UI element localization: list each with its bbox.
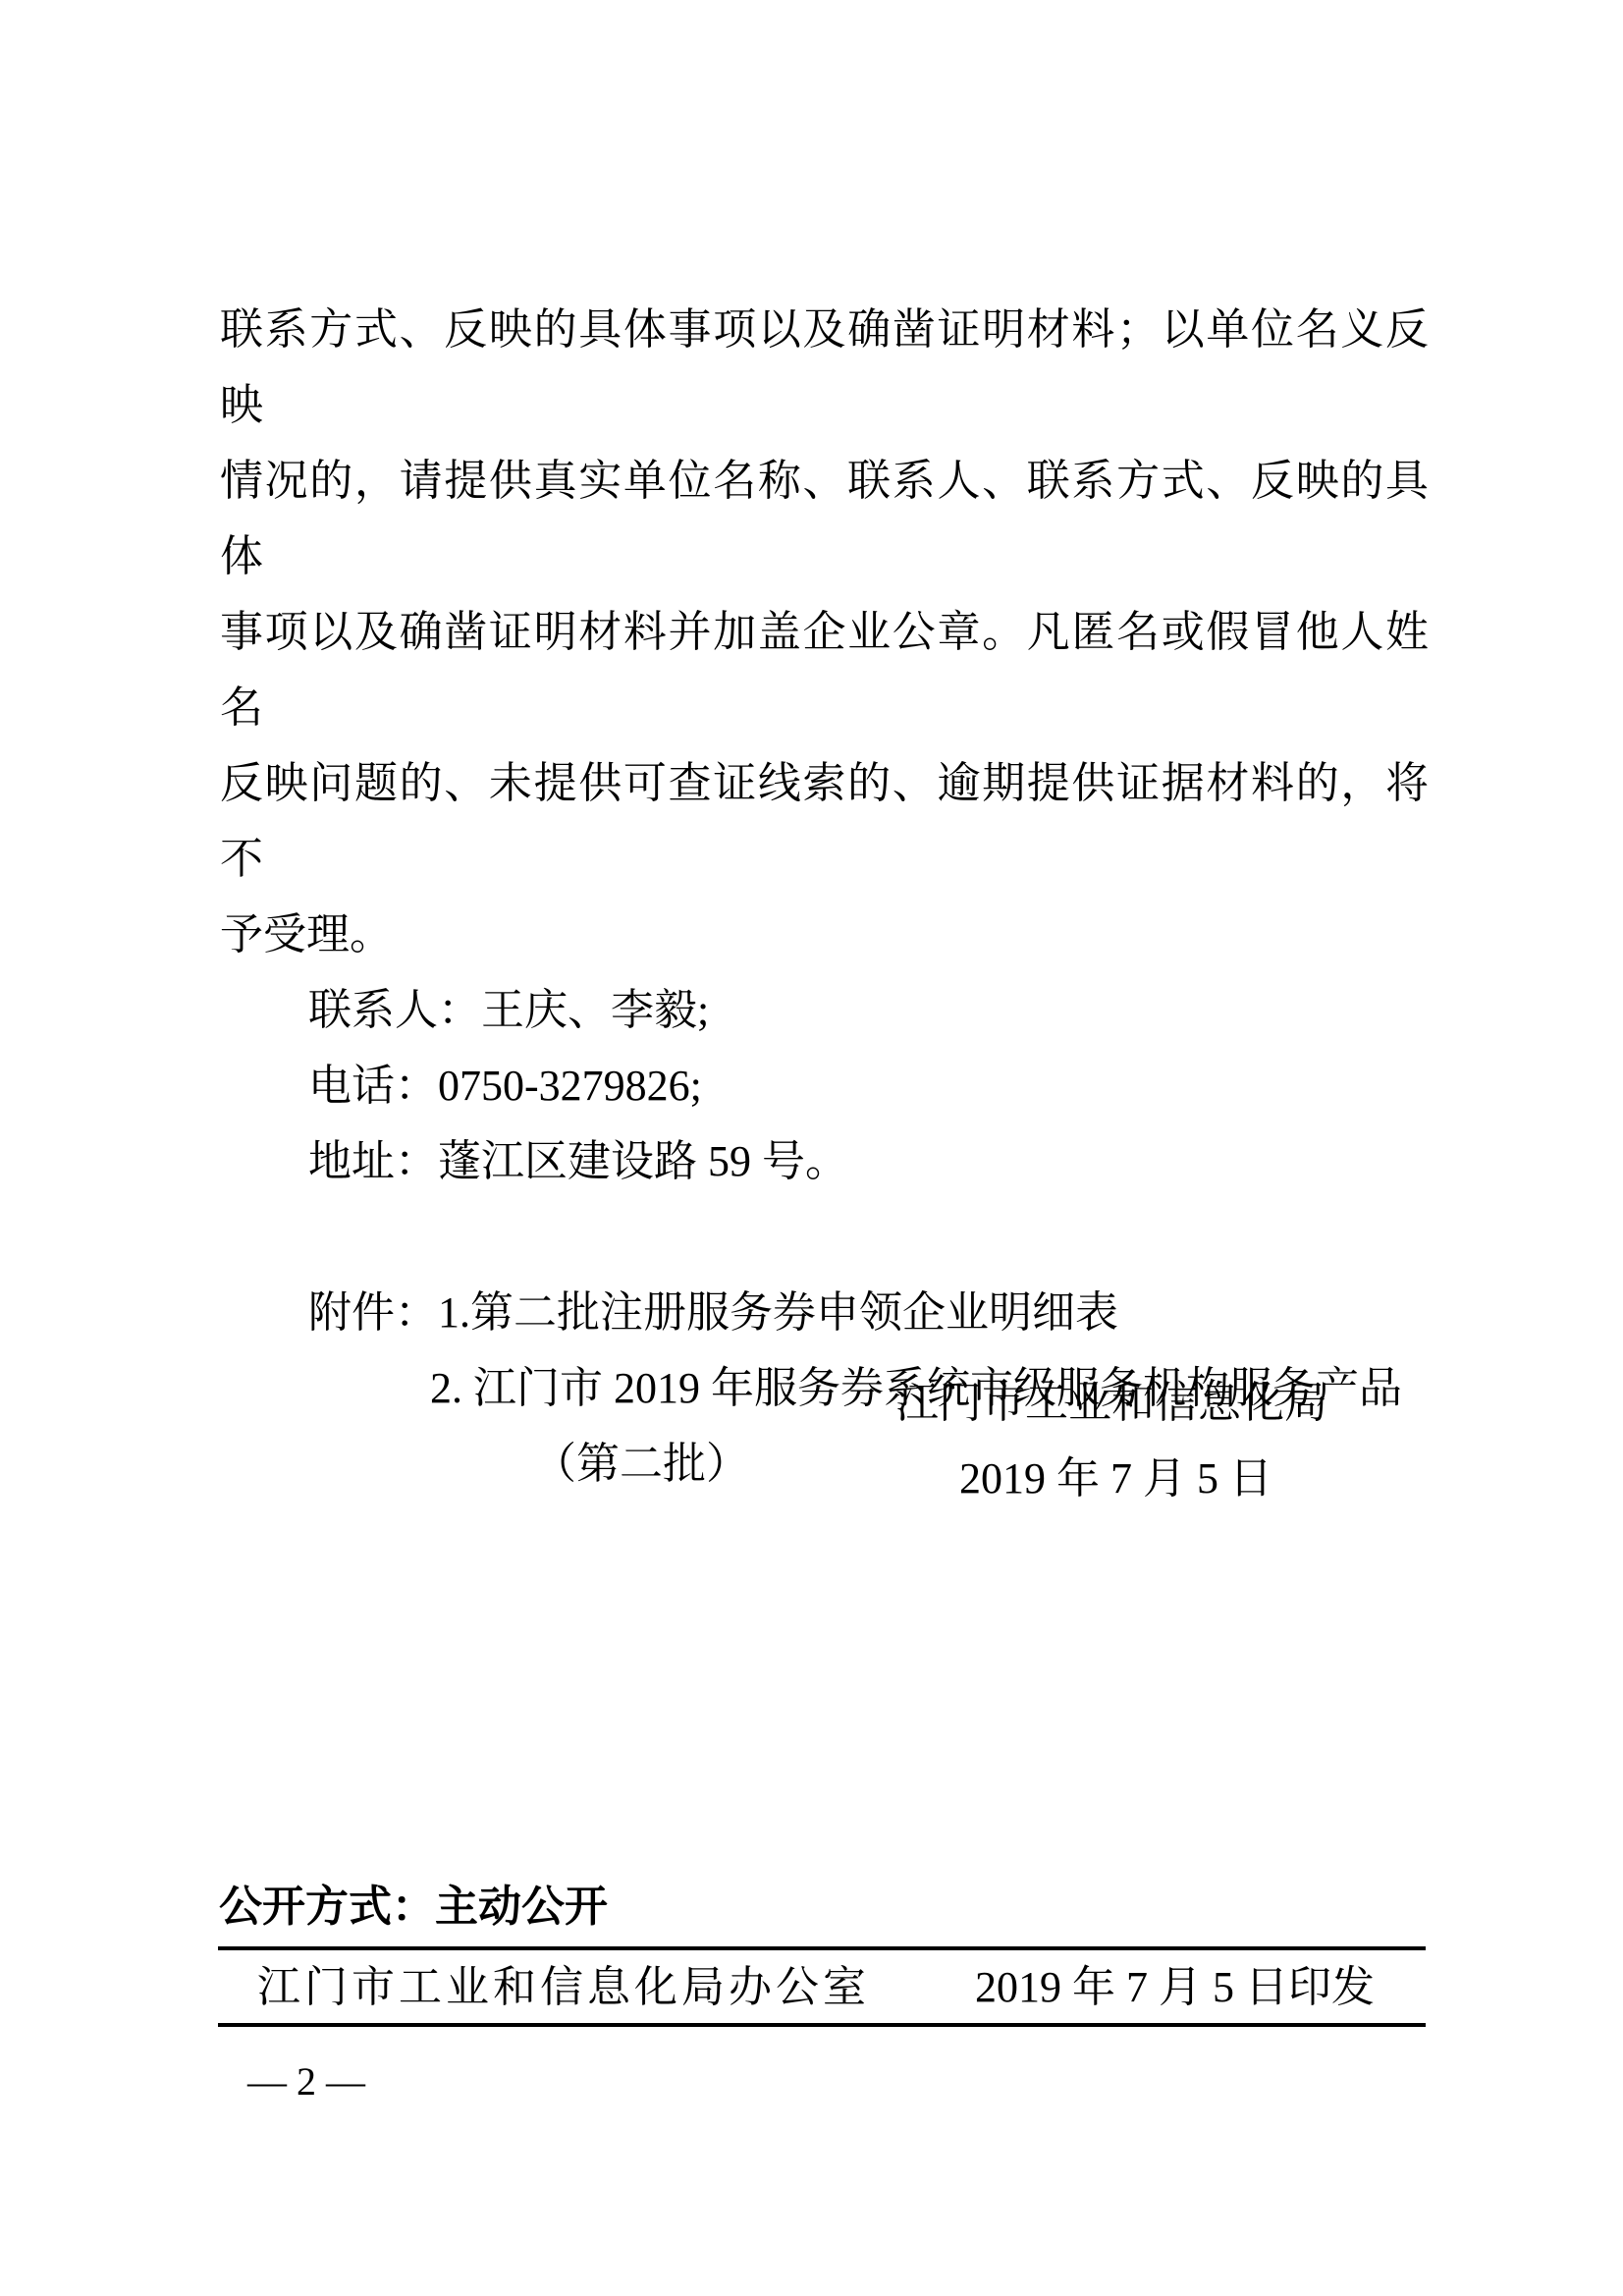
issue-date: 2019 年 7 月 5 日 xyxy=(220,1441,1429,1516)
body-line: 予受理。 xyxy=(220,897,1429,972)
contact-phone: 电话：0750-3279826; xyxy=(220,1048,1429,1123)
footer-rule-top xyxy=(218,1946,1426,1950)
signature-block: 江门市工业和信息化局 2019 年 7 月 5 日 xyxy=(220,1365,1429,1516)
body-line: 联系方式、反映的具体事项以及确凿证明材料；以单位名义反映 xyxy=(220,292,1429,443)
issuing-organization: 江门市工业和信息化局 xyxy=(220,1365,1429,1441)
body-line: 反映问题的、未提供可查证线索的、逾期提供证据材料的，将不 xyxy=(220,745,1429,897)
document-page: 联系方式、反映的具体事项以及确凿证明材料；以单位名义反映 情况的，请提供真实单位… xyxy=(0,0,1623,2296)
page-number: — 2 — xyxy=(247,2060,365,2104)
body-text: 联系方式、反映的具体事项以及确凿证明材料；以单位名义反映 情况的，请提供真实单位… xyxy=(220,292,1429,1502)
contact-person: 联系人：王庆、李毅; xyxy=(220,972,1429,1048)
body-line: 事项以及确凿证明材料并加盖企业公章。凡匿名或假冒他人姓名 xyxy=(220,594,1429,745)
printing-office: 江门市工业和信息化局办公室 xyxy=(220,1960,870,2015)
footer-imprint-line: 江门市工业和信息化局办公室 2019 年 7 月 5 日印发 xyxy=(220,1960,1429,2015)
footer-rule-bottom xyxy=(218,2023,1426,2027)
publicity-method: 公开方式：主动公开 xyxy=(219,1882,608,1933)
contact-address: 地址：蓬江区建设路 59 号。 xyxy=(220,1123,1429,1199)
attachment-item-1: 附件：1.第二批注册服务券申领企业明细表 xyxy=(220,1275,1429,1350)
print-date: 2019 年 7 月 5 日印发 xyxy=(975,1960,1429,2015)
body-line: 情况的，请提供真实单位名称、联系人、联系方式、反映的具体 xyxy=(220,443,1429,594)
